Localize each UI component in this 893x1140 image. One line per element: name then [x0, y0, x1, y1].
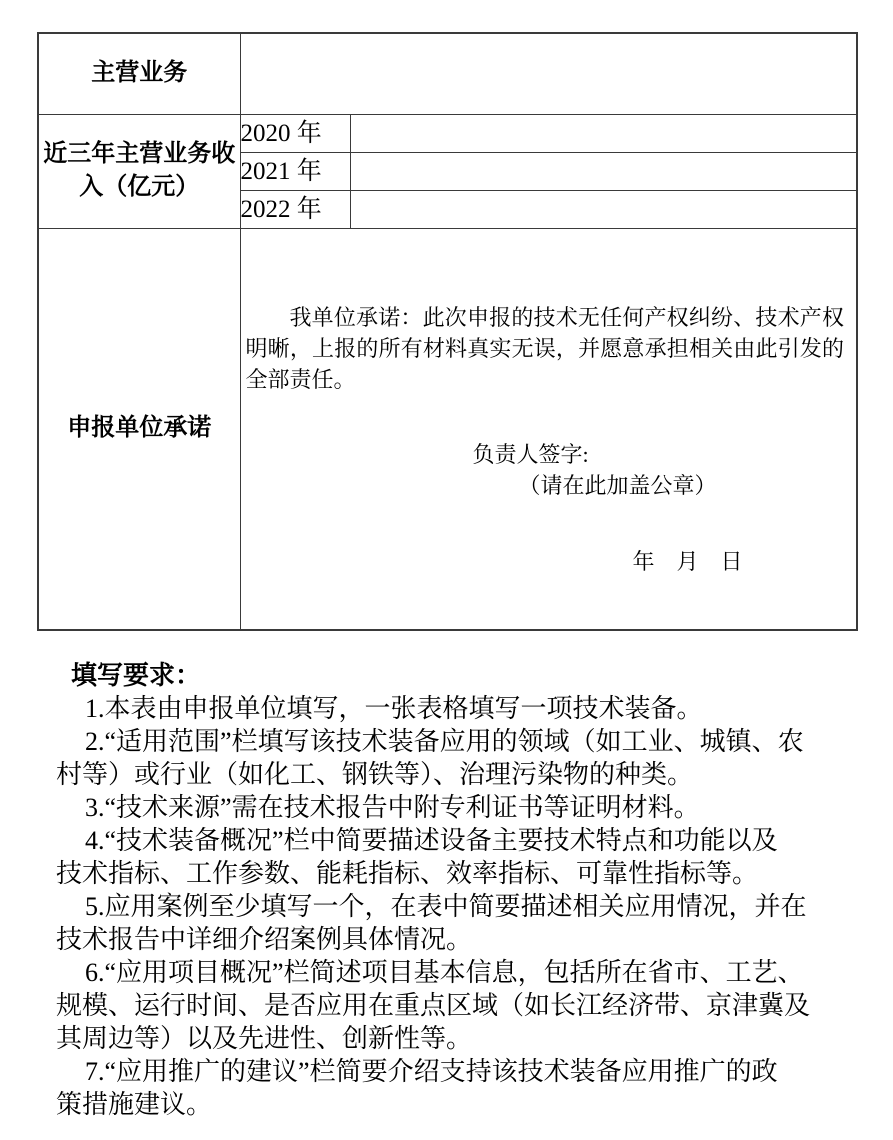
commitment-row: 申报单位承诺 我单位承诺：此次申报的技术无任何产权纠纷、技术产权明晰，上报的所有…	[38, 228, 857, 630]
requirement-item-3: 3.“技术来源”需在技术报告中附专利证书等证明材料。	[56, 791, 856, 824]
application-form-table: 主营业务 近三年主营业务收入（亿元） 2020 年 2021 年 2022 年 …	[37, 32, 858, 631]
seal-note: （请在此加盖公章）	[519, 470, 857, 501]
requirement-item-6: 6.“应用项目概况”栏简述项目基本信息，包括所在省市、工艺、 规模、运行时间、是…	[56, 956, 856, 1055]
requirement-item-5: 5.应用案例至少填写一个，在表中简要描述相关应用情况，并在 技术报告中详细介绍案…	[56, 890, 856, 956]
filling-requirements-section: 填写要求： 1.本表由申报单位填写，一张表格填写一项技术装备。 2.“适用范围”…	[56, 659, 856, 1121]
document-page: 主营业务 近三年主营业务收入（亿元） 2020 年 2021 年 2022 年 …	[0, 0, 893, 1140]
year-2021-label: 2021 年	[240, 152, 350, 190]
revenue-row-2020: 近三年主营业务收入（亿元） 2020 年	[38, 114, 857, 152]
revenue-label: 近三年主营业务收入（亿元）	[38, 114, 240, 228]
requirement-item-1: 1.本表由申报单位填写，一张表格填写一项技术装备。	[56, 692, 856, 725]
year-2022-value-cell	[350, 190, 857, 228]
commitment-label: 申报单位承诺	[38, 228, 240, 630]
requirement-item-7: 7.“应用推广的建议”栏简要介绍支持该技术装备应用推广的政 策措施建议。	[56, 1055, 856, 1121]
commitment-paragraph: 我单位承诺：此次申报的技术无任何产权纠纷、技术产权明晰，上报的所有材料真实无误，…	[246, 302, 845, 395]
year-2022-label: 2022 年	[240, 190, 350, 228]
signature-label: 负责人签字:	[473, 439, 857, 470]
main-business-row: 主营业务	[38, 33, 857, 114]
requirements-heading: 填写要求：	[71, 659, 856, 692]
requirement-item-2: 2.“适用范围”栏填写该技术装备应用的领域（如工业、城镇、农 村等）或行业（如化…	[56, 725, 856, 791]
date-line: 年 月 日	[633, 546, 857, 577]
requirement-item-4: 4.“技术装备概况”栏中简要描述设备主要技术特点和功能以及 技术指标、工作参数、…	[56, 824, 856, 890]
commitment-content-cell: 我单位承诺：此次申报的技术无任何产权纠纷、技术产权明晰，上报的所有材料真实无误，…	[240, 228, 857, 630]
main-business-value-cell	[240, 33, 857, 114]
year-2020-label: 2020 年	[240, 114, 350, 152]
year-2020-value-cell	[350, 114, 857, 152]
year-2021-value-cell	[350, 152, 857, 190]
main-business-label: 主营业务	[38, 33, 240, 114]
